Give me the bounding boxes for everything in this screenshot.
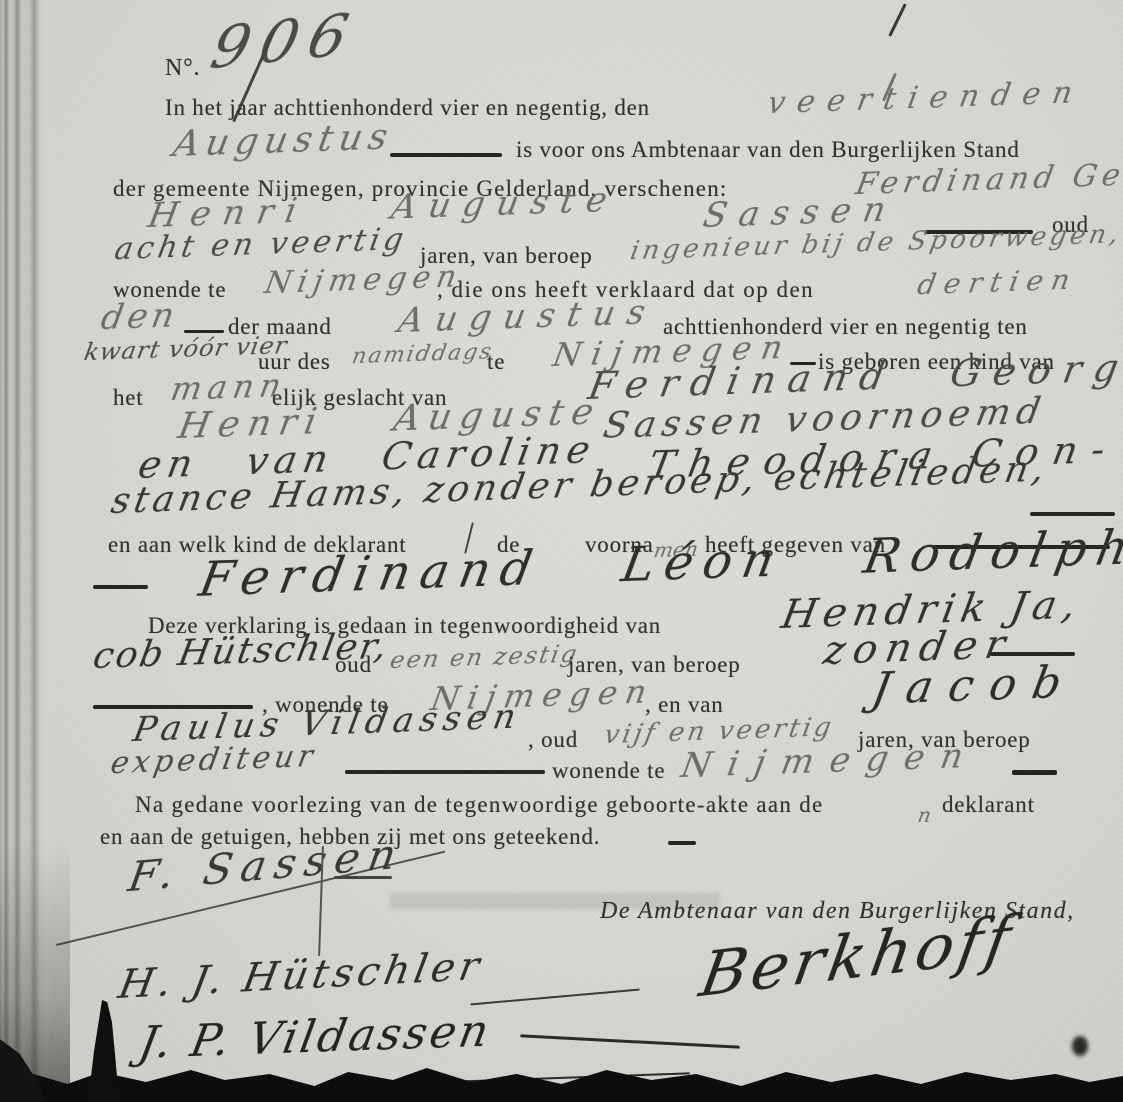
printed-en-van: , en van (645, 692, 724, 718)
hw-den-suffix: n (916, 803, 933, 827)
scan-dark-edge (0, 1062, 1123, 1102)
ink-mark (888, 3, 906, 37)
scan-dark-spot (1072, 1036, 1088, 1056)
filler-line (990, 652, 1075, 656)
birth-record-scan: N°. 906 In het jaar achttienhonderd vier… (0, 0, 1123, 1102)
hw-declarant-residence: Nijmegen (262, 259, 465, 301)
ink-flourish (470, 989, 640, 1006)
filler-line (345, 770, 545, 774)
witness2-signature: J. P. Vildassen (135, 1006, 495, 1069)
printed-oud-2: oud (335, 652, 372, 678)
filler-line (390, 153, 502, 157)
hw-declaration-month: Augustus (170, 116, 397, 165)
hw-birth-day-suffix: den (98, 295, 181, 338)
hw-time-of-day: namiddags (350, 339, 495, 369)
hw-witness2-profession: expediteur (108, 739, 320, 781)
record-number-value: 906 (205, 0, 365, 82)
filler-line (668, 841, 696, 845)
printed-wonende-te-3: wonende te (552, 758, 665, 784)
ink-flourish (520, 1034, 740, 1048)
witness1-signature: H. J. Hütschler (115, 943, 487, 1008)
printed-closing-1: Na gedane voorlezing van de tegenwoordig… (135, 792, 824, 818)
printed-registrar-line: is voor ons Ambtenaar van den Burgerlijk… (516, 137, 1020, 163)
filler-line (93, 585, 148, 589)
filler-line (334, 876, 392, 879)
hw-declaration-day: veertienden (765, 75, 1087, 121)
printed-deklarant: deklarant (942, 792, 1035, 818)
printed-oud-3: , oud (528, 727, 578, 753)
hw-birth-day: dertien (915, 262, 1081, 301)
hw-witness2-name-1: Jacob (868, 657, 1082, 715)
hw-witness1-age: een en zestig (388, 640, 581, 674)
filler-line (1030, 512, 1115, 516)
printed-het: het (113, 385, 144, 411)
filler-line (1012, 770, 1057, 775)
printed-te: te (487, 349, 505, 375)
record-number-label: N°. (165, 55, 200, 82)
printed-year-line: In het jaar achttienhonderd vier en nege… (165, 95, 650, 121)
